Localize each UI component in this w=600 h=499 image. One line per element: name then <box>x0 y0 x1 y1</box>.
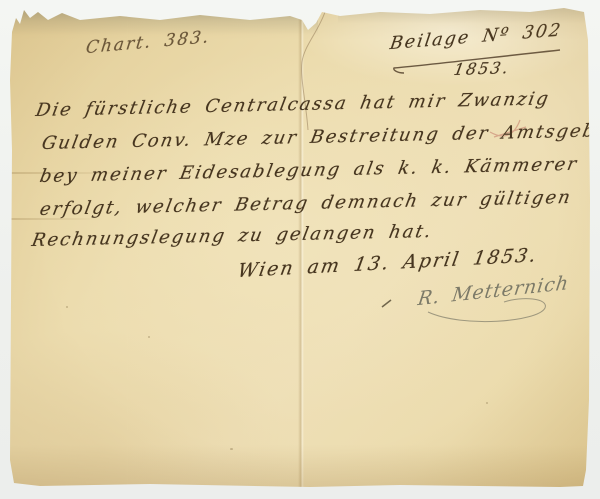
paper-speck <box>486 402 488 404</box>
letter-body-line: erfolgt, welcher Betrag demnach zur gült… <box>38 187 574 220</box>
letter-body-line: Die fürstliche Centralcassa hat mir Zwan… <box>34 88 552 121</box>
letter-body-line: bey meiner Eidesablegung als k. k. Kämme… <box>38 154 580 187</box>
letter-body-line: Gulden Conv. Mze zur Bestreitung der Amt… <box>40 119 600 154</box>
letter-body-line: Rechnungslegung zu gelangen hat. <box>30 221 434 251</box>
paper-speck <box>230 448 233 450</box>
scan-background: Chart. 383. Beilage Nº 302 1853. Die für… <box>0 0 600 499</box>
letter-paper: Chart. 383. Beilage Nº 302 1853. Die für… <box>8 6 592 488</box>
paper-speck <box>66 306 68 308</box>
attachment-year-label: 1853. <box>452 58 511 79</box>
signature: R. Metternich <box>416 272 570 310</box>
ink-speck-stroke <box>382 300 391 307</box>
paper-speck <box>148 336 150 338</box>
fold-crease <box>298 6 304 488</box>
dateline: Wien am 13. April 1853. <box>236 244 539 282</box>
